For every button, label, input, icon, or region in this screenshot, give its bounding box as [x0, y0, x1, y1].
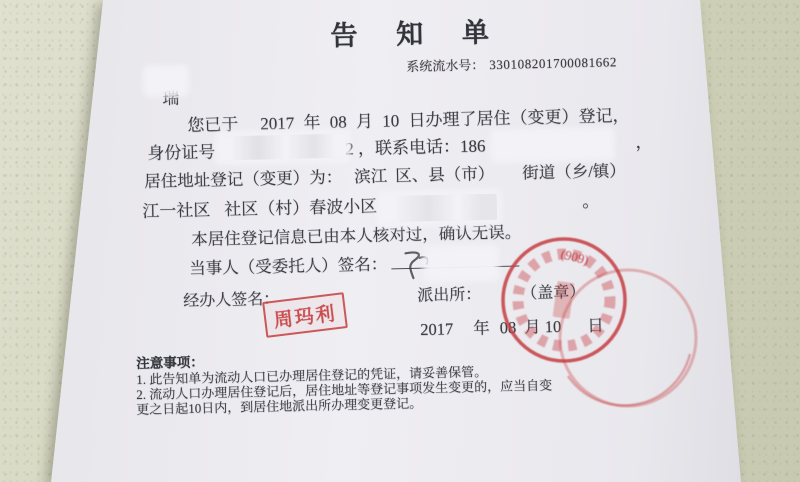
serial-number-line: 系统流水号：330108201700081662 [406, 51, 617, 75]
phone-label: 联系电话： [375, 137, 460, 158]
redaction-phone [495, 132, 611, 159]
line1-post: 办理了居住（变更）登记， [425, 106, 629, 130]
redaction-address [382, 194, 498, 223]
line1-pre: 您已于 [187, 115, 238, 135]
district-value: 滨江 [354, 166, 387, 186]
redaction-name [148, 70, 184, 93]
district-suffix: 区、县（市） [395, 164, 494, 185]
phone-visible-digits: 186 [460, 136, 486, 156]
document-title: 告 知 单 [330, 10, 490, 53]
seal-code-text: (909) [559, 246, 590, 267]
id-label: 身份证号 [147, 142, 215, 163]
estate-value: 春波小区 [309, 197, 377, 218]
seal-center-mark [553, 281, 575, 319]
notice-paper: 告 知 单 系统流水号：330108201700081662 瑞 您已于2017… [0, 0, 800, 482]
id-visible-digit: 2 ， [345, 139, 375, 159]
issue-year: 2017 [420, 319, 453, 340]
street-suffix: 街道（乡/镇） [522, 161, 626, 182]
round-official-seal: (909) [468, 226, 718, 416]
address-label: 居住地址登记（变更）为： [144, 168, 342, 191]
community-suffix: 社区（村） [224, 198, 309, 219]
seal-ghost-ring [560, 270, 696, 406]
party-sign-label: 当事人（受委托人）签名： [189, 255, 387, 278]
address-period: 。 [582, 192, 599, 211]
address-line-2: 江一社区社区（村）春波小区。 [142, 187, 599, 222]
serial-label: 系统流水号： [406, 57, 484, 74]
registration-date: 2017 年 08 月 10 日 [260, 111, 426, 134]
redaction-id-number [220, 134, 347, 161]
community-value: 江一社区 [142, 200, 210, 221]
paper-shadow: 告 知 单 系统流水号：330108201700081662 瑞 您已于2017… [0, 0, 800, 482]
redaction-signature [428, 249, 495, 277]
serial-number: 330108201700081662 [489, 54, 617, 72]
line2-tail: ， [635, 133, 652, 152]
